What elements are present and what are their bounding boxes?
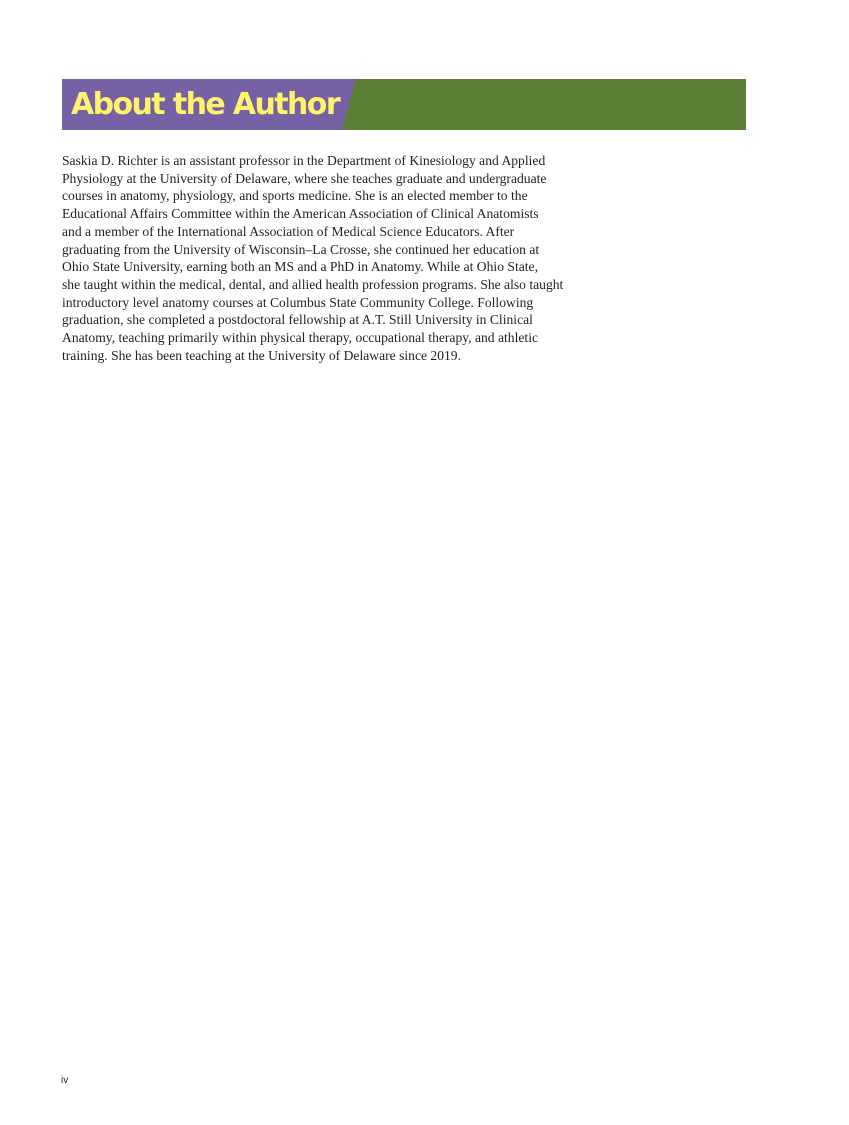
bio-line: Saskia D. Richter is an assistant profes… xyxy=(62,152,592,170)
page-number: iv xyxy=(61,1075,68,1086)
page-title: About the Author xyxy=(71,85,339,125)
header-title-panel: About the Author xyxy=(62,79,356,130)
bio-line: graduation, she completed a postdoctoral… xyxy=(62,311,592,329)
bio-line: courses in anatomy, physiology, and spor… xyxy=(62,187,592,205)
bio-line: introductory level anatomy courses at Co… xyxy=(62,294,592,312)
bio-line: Educational Affairs Committee within the… xyxy=(62,205,592,223)
bio-line: and a member of the International Associ… xyxy=(62,223,592,241)
bio-line: she taught within the medical, dental, a… xyxy=(62,276,592,294)
bio-line: Physiology at the University of Delaware… xyxy=(62,170,592,188)
bio-line: Ohio State University, earning both an M… xyxy=(62,258,592,276)
section-header-band: About the Author xyxy=(62,79,746,130)
author-bio-paragraph: Saskia D. Richter is an assistant profes… xyxy=(62,152,592,364)
bio-line: Anatomy, teaching primarily within physi… xyxy=(62,329,592,347)
bio-line: graduating from the University of Wiscon… xyxy=(62,241,592,259)
bio-line: training. She has been teaching at the U… xyxy=(62,347,592,365)
